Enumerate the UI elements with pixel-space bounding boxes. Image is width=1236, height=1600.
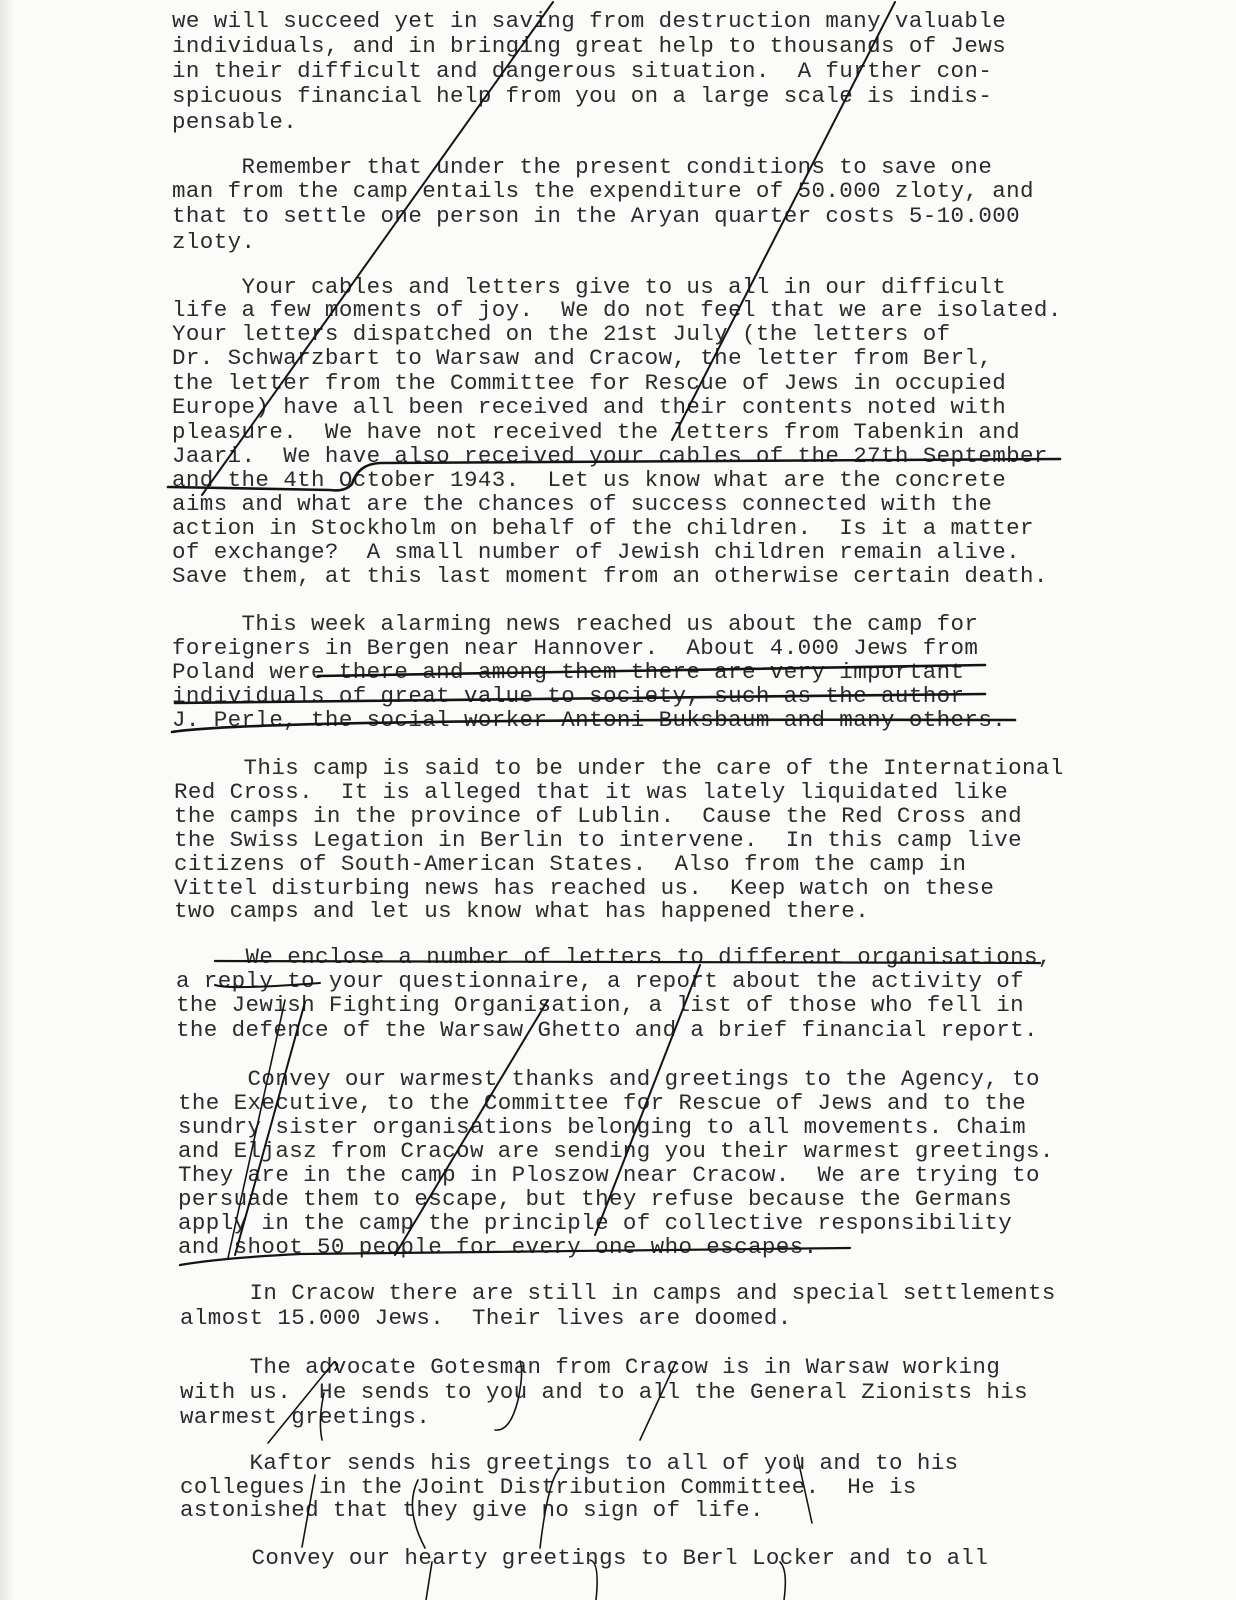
text-line: two camps and let us know what has happe… <box>174 900 869 923</box>
text-line: They are in the camp in Ploszow near Cra… <box>178 1164 1040 1187</box>
text-line: Poland were there and among them there a… <box>172 661 964 684</box>
text-line: of exchange? A small number of Jewish ch… <box>172 541 1020 564</box>
text-line: individuals, and in bringing great help … <box>172 35 1006 58</box>
text-line: the Jewish Fighting Organisation, a list… <box>176 994 1024 1017</box>
text-line: Remember that under the present conditio… <box>172 156 992 179</box>
text-line: man from the camp entails the expenditur… <box>172 180 1034 203</box>
text-line: aims and what are the chances of success… <box>172 493 992 516</box>
text-line: Vittel disturbing news has reached us. K… <box>174 877 994 900</box>
text-line: spicuous financial help from you on a la… <box>172 85 992 108</box>
text-line: persuade them to escape, but they refuse… <box>178 1188 1012 1211</box>
text-line: the Swiss Legation in Berlin to interven… <box>174 829 1022 852</box>
text-line: with us. He sends to you and to all the … <box>180 1381 1028 1404</box>
text-line: individuals of great value to society, s… <box>172 685 964 708</box>
text-line: the Executive, to the Committee for Resc… <box>178 1092 1026 1115</box>
text-line: This camp is said to be under the care o… <box>174 757 1064 780</box>
text-line: astonished that they give no sign of lif… <box>180 1499 764 1522</box>
page-edge-shadow <box>0 0 14 1600</box>
text-line: life a few moments of joy. We do not fee… <box>172 299 1062 322</box>
text-line: and the 4th October 1943. Let us know wh… <box>172 469 1006 492</box>
text-line: Dr. Schwarzbart to Warsaw and Cracow, th… <box>172 347 992 370</box>
text-line: the letter from the Committee for Rescue… <box>172 372 1006 395</box>
text-line: a reply to your questionnaire, a report … <box>176 970 1024 993</box>
text-line: Convey our warmest thanks and greetings … <box>178 1068 1040 1091</box>
document-page: we will succeed yet in saving from destr… <box>0 0 1236 1600</box>
text-line: the camps in the province of Lublin. Cau… <box>174 805 1022 828</box>
text-line: in their difficult and dangerous situati… <box>172 60 992 83</box>
text-line: sundry sister organisations belonging to… <box>178 1116 1026 1139</box>
text-line: Kaftor sends his greetings to all of you… <box>180 1452 959 1475</box>
text-line: Convey our hearty greetings to Berl Lock… <box>182 1547 988 1570</box>
text-line: In Cracow there are still in camps and s… <box>180 1282 1056 1305</box>
text-line: that to settle one person in the Aryan q… <box>172 205 1020 228</box>
text-line: and Eljasz from Cracow are sending you t… <box>178 1140 1054 1163</box>
text-line: The advocate Gotesman from Cracow is in … <box>180 1356 1000 1379</box>
text-line: foreigners in Bergen near Hannover. Abou… <box>172 637 978 660</box>
text-line: almost 15.000 Jews. Their lives are doom… <box>180 1307 792 1330</box>
text-line: Europe) have all been received and their… <box>172 396 1006 419</box>
text-line: zloty. <box>172 231 255 254</box>
text-line: apply in the camp the principle of colle… <box>178 1212 1012 1235</box>
text-line: Jaari. We have also received your cables… <box>172 445 1048 468</box>
text-line: collegues in the Joint Distribution Comm… <box>180 1476 917 1499</box>
text-line: Your cables and letters give to us all i… <box>172 276 1006 299</box>
text-line: citizens of South-American States. Also … <box>174 853 966 876</box>
text-line: and shoot 50 people for every one who es… <box>178 1236 818 1259</box>
text-line: warmest greetings. <box>180 1406 430 1429</box>
text-line: We enclose a number of letters to differ… <box>176 946 1052 969</box>
text-line: the defence of the Warsaw Ghetto and a b… <box>176 1019 1038 1042</box>
text-line: we will succeed yet in saving from destr… <box>172 10 1006 33</box>
text-line: J. Perle, the social worker Antoni Buksb… <box>172 709 1006 732</box>
text-line: pensable. <box>172 111 297 134</box>
text-line: Save them, at this last moment from an o… <box>172 565 1048 588</box>
text-line: Your letters dispatched on the 21st July… <box>172 323 951 346</box>
text-line: action in Stockholm on behalf of the chi… <box>172 517 1034 540</box>
text-line: Red Cross. It is alleged that it was lat… <box>174 781 1008 804</box>
text-line: pleasure. We have not received the lette… <box>172 421 1020 444</box>
text-line: This week alarming news reached us about… <box>172 613 978 636</box>
